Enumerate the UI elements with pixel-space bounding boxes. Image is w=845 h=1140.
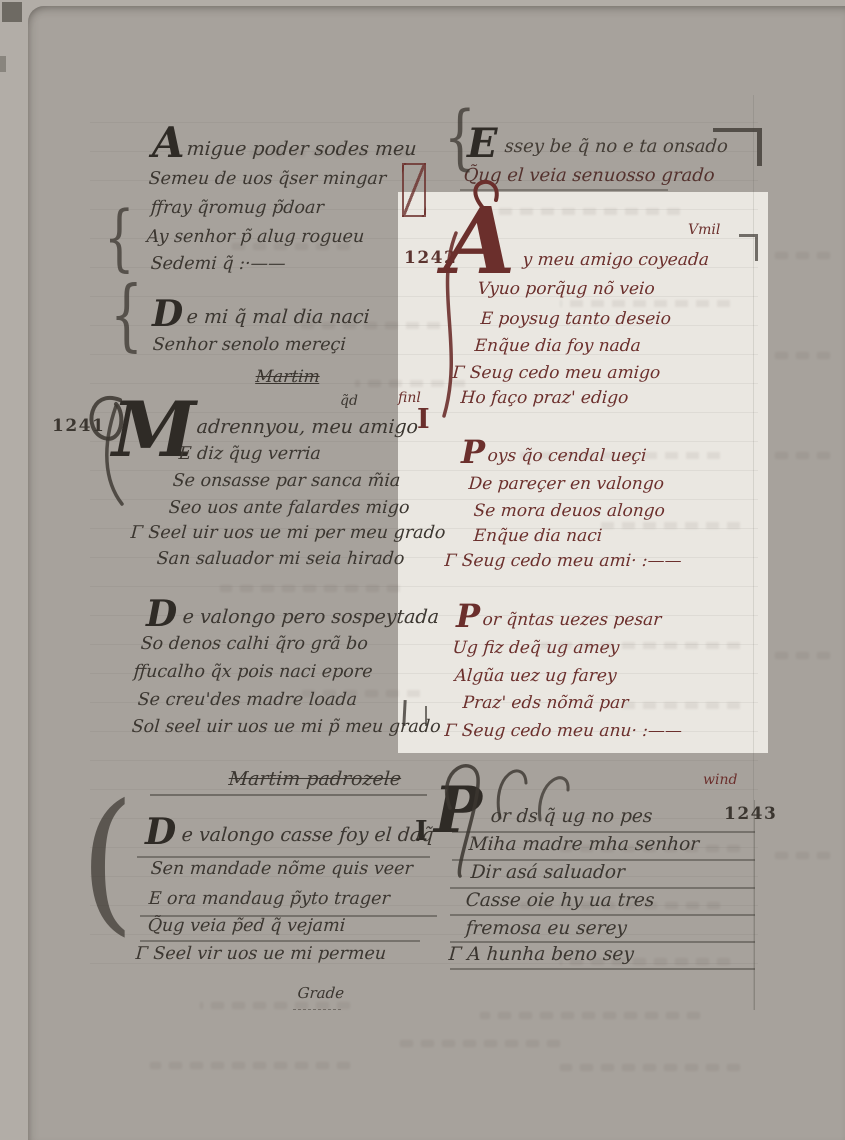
verse-line: or q̃ntas uezes pesar — [482, 612, 662, 629]
bleedthrough-line — [775, 452, 830, 459]
verse-line: De pareçer en valongo — [468, 476, 665, 493]
verse-line: Se onsasse par sanca m̃ia — [172, 473, 401, 491]
verse-line: ffray q̃romug p̃doar — [150, 200, 324, 218]
bleedthrough-line — [775, 852, 830, 859]
verse-line: Sen mandade nõme quis veer — [150, 861, 413, 879]
bleedthrough-line — [775, 652, 830, 659]
verse-rule — [450, 914, 755, 916]
verse-line: E ora mandaug p̃yto trager — [148, 891, 390, 909]
verse-line: ssey be q̃ no e ta onsado — [504, 138, 728, 156]
verse-line: Semeu de uos q̃ser mingar — [148, 171, 387, 189]
frame-line — [754, 800, 755, 1010]
verse-line: Γ Seel vir uos ue mi permeu — [135, 946, 387, 964]
verse-line: San saluador mi seia hirado — [156, 551, 405, 569]
struck-heading: Martim padrozele — [228, 770, 402, 789]
verse-line: e mi q̃ mal dia naci — [186, 308, 370, 327]
margin-tick — [425, 706, 427, 726]
bleedthrough-line — [775, 252, 830, 259]
verse-line: Ug fiz deq̃ ug amey — [452, 640, 620, 657]
verse-line: migue poder sodes meu — [186, 140, 417, 159]
verse-rule — [450, 968, 755, 970]
stanza-brace: { — [104, 202, 135, 274]
verse-line: adrennyou, meu amigo — [196, 418, 419, 437]
manuscript-scan: 1241 A migue poder sodes meu Semeu de uo… — [0, 0, 845, 1140]
initial-letter: A — [152, 124, 185, 162]
verse-line: Praz' eds nõmã par — [462, 695, 629, 712]
verse-line: oys q̃o cendal ueçi — [487, 448, 647, 465]
bleedthrough-line — [600, 522, 740, 529]
verse-line: Enq̃ue dia naci — [473, 528, 603, 545]
stanza-brace: { — [110, 277, 143, 355]
ruled-line — [90, 586, 758, 587]
stanza-brace: ( — [80, 785, 135, 939]
verse-rule — [450, 887, 755, 889]
bottom-note: Grade — [297, 986, 345, 1001]
margin-bracket — [713, 128, 762, 166]
verse-line: Casse oie hy ua tres — [465, 892, 655, 911]
ruled-line — [90, 296, 758, 297]
initial-flourish-p — [430, 748, 620, 878]
verse-line: Se creu'des madre loada — [137, 692, 358, 710]
verse-line: ffucalho q̃x pois naci epore — [133, 664, 373, 682]
initial-letter: P — [456, 602, 480, 631]
ruled-line — [90, 122, 758, 123]
bleedthrough-line — [220, 585, 400, 592]
verse-line: Γ Seug cedo meu ami· :—— — [444, 553, 682, 570]
initial-letter: D — [146, 598, 177, 630]
stanza-brace: { — [444, 102, 476, 172]
verse-line: e valongo casse foy el daq̃ — [181, 826, 434, 845]
margin-note-vmil: Vmil — [688, 222, 720, 238]
bleedthrough-line — [150, 1062, 350, 1069]
initial-flourish-m — [82, 386, 202, 516]
black-paragraph-mark: I — [415, 818, 428, 845]
bleedthrough-line — [480, 1012, 700, 1019]
ruled-line — [90, 760, 758, 761]
initial-letter: D — [145, 816, 176, 848]
verse-line: Sedemi q̃ :·—— — [150, 256, 286, 274]
edge-mark — [0, 56, 6, 72]
initial-flourish-a — [428, 178, 538, 428]
verse-line: fremosa eu serey — [465, 920, 627, 939]
bleedthrough-line — [560, 300, 730, 307]
verse-rule — [140, 915, 437, 917]
verse-line: Seo uos ante falardes migo — [168, 500, 410, 518]
small-bracket — [739, 234, 758, 261]
folio-number-1243: 1243 — [724, 804, 777, 824]
verse-line: Algũa uez ug farey — [454, 668, 617, 685]
verse-line: Ay senhor p̃ alug rogueu — [146, 229, 365, 247]
bleedthrough-line — [775, 352, 830, 359]
heading-rule — [150, 794, 427, 796]
margin-note-wind: wind — [703, 772, 737, 788]
verse-rule — [140, 940, 420, 942]
verse-line: Se mora deuos alongo — [473, 503, 665, 520]
bleedthrough-line — [560, 1064, 740, 1071]
verse-line: Senhor senolo mereçi — [152, 337, 346, 355]
verse-line: Γ Seug cedo meu anu· :—— — [444, 723, 683, 740]
bleedthrough-line — [200, 1002, 350, 1009]
bottom-note-rule — [293, 1009, 341, 1012]
verse-line: Γ A hunha beno sey — [448, 946, 634, 965]
corner-mark — [2, 2, 22, 22]
verse-rule — [450, 941, 755, 943]
bleedthrough-line — [400, 1040, 560, 1047]
margin-note-qd: q̃d — [340, 393, 358, 409]
verse-line: y meu amigo coyeada — [522, 252, 710, 269]
verse-line: Γ Seel uir uos ue mi per meu grado — [130, 525, 446, 543]
bleedthrough-line — [620, 702, 740, 709]
struck-heading: Martim — [255, 369, 320, 386]
red-box-mark — [402, 163, 426, 217]
ruled-line — [90, 789, 758, 790]
verse-line: Q̃ug veia p̃ed q̃ vejami — [147, 918, 346, 936]
initial-letter: P — [461, 438, 485, 467]
verse-line: So denos calhi q̃ro grã bo — [140, 636, 368, 654]
verse-line: Sol seel uir uos ue mi p̃ meu grado — [131, 719, 441, 737]
verse-rule — [137, 856, 430, 858]
initial-letter: D — [152, 298, 183, 330]
verse-line: e valongo pero sospeytada — [182, 608, 440, 627]
